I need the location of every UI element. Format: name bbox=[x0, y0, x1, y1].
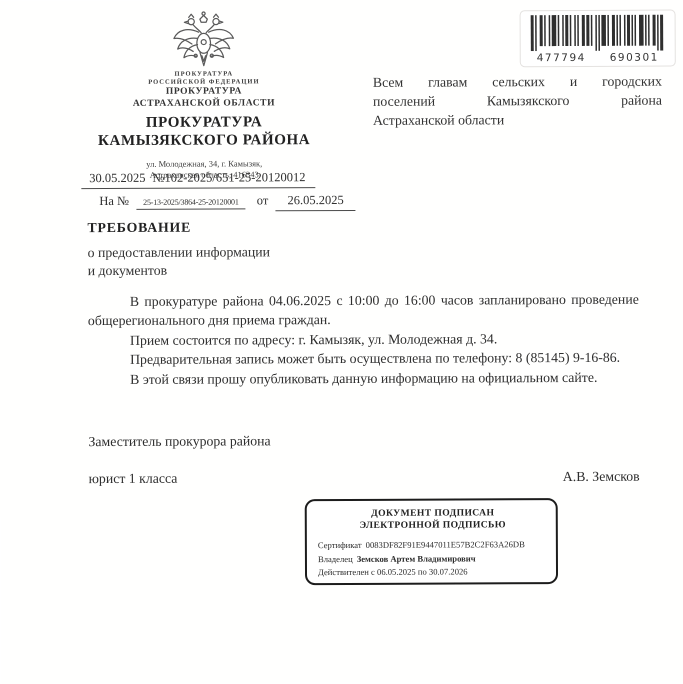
document-subtitle-line: о предоставлении информации bbox=[88, 243, 271, 261]
barcode-digits-left: 477794 bbox=[537, 52, 586, 64]
signer-position-line-2: юрист 1 класса bbox=[89, 471, 178, 487]
body-paragraph: Прием состоится по адресу: г. Камызяк, у… bbox=[88, 329, 639, 351]
outgoing-date: 30.05.2025 bbox=[89, 171, 145, 185]
certificate-label: Сертификат bbox=[318, 540, 362, 550]
owner-name: Земсков Артем Владимирович bbox=[357, 553, 476, 564]
body-paragraph: Предварительная запись может быть осущес… bbox=[88, 348, 639, 370]
document-body: В прокуратуре района 04.06.2025 с 10:00 … bbox=[88, 290, 639, 389]
letterhead-line-mid-2: АСТРАХАНСКОЙ ОБЛАСТИ bbox=[54, 97, 354, 110]
body-paragraph: В этой связи прошу опубликовать данную и… bbox=[88, 367, 639, 389]
stamp-certificate-row: Сертификат0083DF82F91E9447011E57B2C2F63A… bbox=[318, 538, 548, 553]
addressee-line: Астраханской области bbox=[373, 110, 662, 130]
document-title: ТРЕБОВАНИЕ bbox=[87, 220, 191, 236]
na-label: На № bbox=[99, 194, 129, 208]
ot-label: от bbox=[257, 193, 269, 207]
validity-mid: по bbox=[418, 567, 427, 577]
validity-to: 30.07.2026 bbox=[429, 566, 468, 576]
barcode-digits-right: 690301 bbox=[610, 52, 659, 64]
signature-row: юрист 1 класса А.В. Земсков bbox=[89, 469, 640, 487]
document-page: ПРОКУРАТУРА РОССИЙСКОЙ ФЕДЕРАЦИИ ПРОКУРА… bbox=[0, 0, 683, 683]
incoming-reference: На № 25-13-2025/3864-25-20120001 от 26.0… bbox=[81, 193, 355, 212]
stamp-validity-row: Действителен с 06.05.2025 по 30.07.2026 bbox=[318, 565, 548, 580]
body-paragraph: В прокуратуре района 04.06.2025 с 10:00 … bbox=[88, 290, 639, 331]
validity-from: 06.05.2025 bbox=[377, 567, 416, 577]
validity-prefix: Действителен с bbox=[318, 567, 375, 577]
letterhead-org-name-1: ПРОКУРАТУРА bbox=[54, 114, 354, 133]
certificate-value: 0083DF82F91E9447011E57B2C2F63A26DB bbox=[366, 539, 525, 550]
letterhead: ПРОКУРАТУРА РОССИЙСКОЙ ФЕДЕРАЦИИ ПРОКУРА… bbox=[54, 10, 355, 180]
outgoing-number: 102-2025/651-25-20120012 bbox=[164, 170, 305, 185]
number-sign: № bbox=[153, 171, 165, 185]
outgoing-reference: 30.05.2025№102-2025/651-25-20120012 bbox=[81, 170, 315, 189]
stamp-owner-row: ВладелецЗемсков Артем Владимирович bbox=[318, 552, 548, 567]
addressee-line: поселений Камызякского района bbox=[373, 91, 662, 111]
stamp-title-line-2: ЭЛЕКТРОННОЙ ПОДПИСЬЮ bbox=[318, 519, 548, 532]
signer-position-line-1: Заместитель прокурора района bbox=[88, 433, 270, 450]
barcode-icon bbox=[531, 15, 665, 52]
electronic-signature-stamp: ДОКУМЕНТ ПОДПИСАН ЭЛЕКТРОННОЙ ПОДПИСЬЮ С… bbox=[305, 498, 558, 585]
stamp-details: Сертификат0083DF82F91E9447011E57B2C2F63A… bbox=[318, 538, 548, 580]
barcode-digits: 477794 690301 bbox=[525, 52, 671, 65]
stamp-title-line-1: ДОКУМЕНТ ПОДПИСАН bbox=[318, 507, 548, 520]
owner-label: Владелец bbox=[318, 553, 353, 563]
reference-block: 30.05.2025№102-2025/651-25-20120012 На №… bbox=[81, 170, 355, 212]
barcode: 477794 690301 bbox=[520, 10, 676, 68]
document-subtitle: о предоставлении информации и документов bbox=[88, 243, 271, 279]
russia-double-headed-eagle-icon bbox=[173, 10, 235, 68]
incoming-date: 26.05.2025 bbox=[275, 193, 355, 211]
stamp-title: ДОКУМЕНТ ПОДПИСАН ЭЛЕКТРОННОЙ ПОДПИСЬЮ bbox=[318, 507, 548, 532]
addressee-block: Всем главам сельских и городских поселен… bbox=[373, 72, 662, 130]
addressee-line: Всем главам сельских и городских bbox=[373, 72, 662, 92]
signer-name: А.В. Земсков bbox=[563, 469, 640, 485]
incoming-number: 25-13-2025/3864-25-20120001 bbox=[136, 197, 246, 209]
letterhead-org-name-2: КАМЫЗЯКСКОГО РАЙОНА bbox=[54, 131, 354, 150]
document-subtitle-line: и документов bbox=[88, 261, 271, 279]
